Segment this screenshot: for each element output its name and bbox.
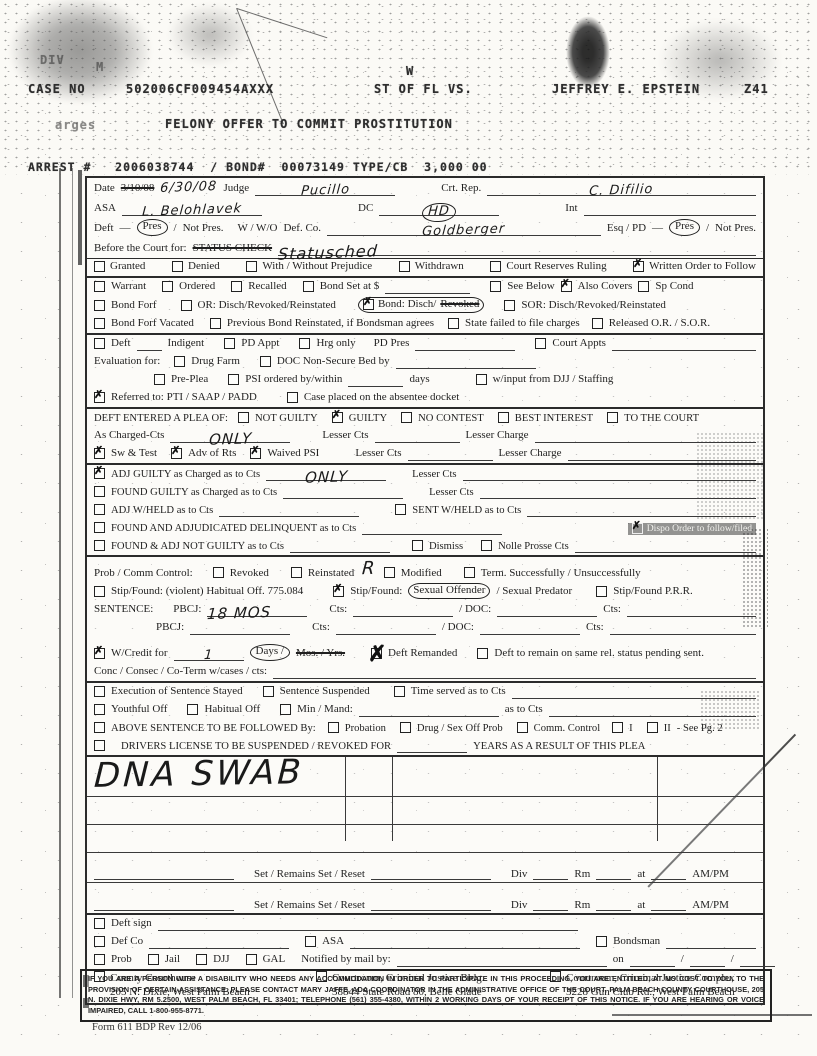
bond-set-line [385,281,470,294]
checkbox-deft-indigent [94,338,105,349]
judge-handwritten: Pucillo [300,182,350,200]
div-label-2: Div [511,899,528,911]
checkbox-with-without-prejudice [246,261,257,272]
lesser-charge-line-2 [568,448,756,461]
checkbox-pd-appt [224,338,235,349]
indigent-line [137,338,162,351]
checkbox-written-order [633,261,644,272]
deft-sign-line [158,918,578,931]
row-referred: Referred to: PTI / SAAP / PADD Case plac… [87,389,763,407]
notes-column-divider-3 [657,757,658,841]
drug-farm-label: Drug Farm [191,355,240,369]
scan-smudge-top-left [0,0,180,125]
best-interest-label: BEST INTEREST [515,412,593,425]
psi-days-line [348,374,403,387]
case-no-label: CASE NO [28,82,86,96]
prev-bond-label: Previous Bond Reinstated, if Bondsman ag… [227,317,434,331]
not-guilty-label: NOT GUILTY [255,412,318,425]
dispo-order-highlight: Dispo Order to follow/filed [628,523,756,535]
checkbox-state-failed [448,318,459,329]
pbcj-handwritten: 18 MOS [207,603,272,624]
set-reset-label-1: Set / Remains Set / Reset [254,868,365,880]
checkbox-adj-wheld [94,504,105,515]
set-reset-left-line-1 [94,867,234,880]
div-label-1: Div [511,868,528,880]
row-found-guilty: FOUND GUILTY as Charged as to Cts Lesser… [87,483,763,501]
checkbox-drivers-license [94,740,105,751]
on-line-3 [740,954,775,967]
waived-psi-label: Waived PSI [267,447,319,461]
as-charged-label: As Charged-Cts [94,429,164,443]
checkbox-granted [94,261,105,272]
row-bond-forf-vacated: Bond Forf Vacated Previous Bond Reinstat… [87,315,763,333]
slash-1: / [174,222,177,236]
roman-two-label: II [664,722,671,735]
scan-smudge-top-right [630,0,810,120]
scan-edge-mark [78,170,82,265]
row-evaluation: Evaluation for: Drug Farm DOC Non-Secure… [87,353,763,371]
checkbox-withdrawn [399,261,410,272]
reinstated-label: Reinstated [308,567,354,581]
crt-rep-label: Crt. Rep. [441,182,481,196]
row-sentence-2: PBCJ: Cts: / DOC: Cts: [87,619,763,637]
prob-control-label: Prob / Comm Control: [94,567,193,581]
rm-label-2: Rm [574,899,590,911]
slash-2: / [706,222,709,236]
recalled-label: Recalled [248,280,286,294]
lesser-cts-line-1 [375,430,460,443]
set-reset-line-2 [371,898,491,911]
delinquent-label: FOUND AND ADJUDICATED DELINQUENT as to C… [111,522,356,535]
checkbox-stip-habitual [94,586,105,597]
lesser-cts-label-2: Lesser Cts [355,447,401,461]
bondsman-label: Bondsman [613,935,660,949]
dispo-order-label: Dispo Order to follow/filed [647,523,752,535]
before-court-line: Statusched [278,243,756,256]
adj-guilty-line: ONLY [266,468,386,481]
court-reserves-label: Court Reserves Ruling [506,260,606,274]
sexual-offender-circled: Sexual Offender [408,583,490,599]
on-line-2 [690,954,725,967]
on-line-1 [630,954,675,967]
youthful-label: Youthful Off [111,703,167,717]
stip-prr-label: Stip/Found P.R.R. [613,585,692,599]
date-struck: 3/10/08 [121,182,155,196]
set-reset-left-line-2 [94,898,234,911]
at-line-1 [651,867,686,880]
as-charged-handwritten: ONLY [208,429,252,449]
header-m-fragment: M [96,60,104,74]
checkbox-adj-guilty [94,468,105,479]
deft-indigent-label: Deft [111,337,131,351]
bondsman-line [666,936,756,949]
lesser-charge-label-2: Lesser Charge [499,447,562,461]
checkbox-ordered [162,281,173,292]
adj-guilty-handwritten: ONLY [304,467,348,487]
asa-sign-label: ASA [322,935,344,949]
doc-bed-label: DOC Non-Secure Bed by [277,355,390,369]
checkbox-absentee [287,392,298,403]
cts-line-1 [353,604,453,617]
before-court-label: Before the Court for: [94,242,187,256]
checkbox-deft-remain [477,648,488,659]
esq-pres-circled: Pres [669,219,700,236]
disposition-form: Date 3/10/08 6/30/08 Judge Pucillo Crt. … [85,176,765,1005]
notes-column-divider-2 [392,757,393,841]
checkbox-term [464,567,475,578]
pbcj-label-2: PBCJ: [156,621,184,635]
doc-bed-line [396,356,536,369]
esq-not-pres: Not Pres. [715,222,756,236]
checkbox-bond-forf-vacated [94,318,105,329]
drivers-years-label: YEARS AS A RESULT OF THIS PLEA [473,740,645,753]
credit-line: 1 [174,648,244,661]
asa-line: L. Belohlavek [122,203,262,216]
def-co-label: Def Co [111,935,143,949]
notified-label: Notified by mail by: [301,953,391,967]
min-mand-line [359,704,499,717]
checkbox-gal-notify [246,954,257,965]
pre-plea-label: Pre-Plea [171,373,208,387]
drivers-label: DRIVERS LICENSE TO BE SUSPENDED / REVOKE… [121,740,391,753]
checkbox-jail-notify [148,954,159,965]
court-appts-label: Court Appts [552,337,605,351]
rm-label-1: Rm [574,868,590,880]
row-ruling: Granted Denied With / Without Prejudice … [87,258,763,276]
scan-edge-line-2 [72,168,73,998]
asa-label: ASA [94,202,116,216]
checkbox-bond-forf [94,300,105,311]
row-adj-guilty: ADJ GUILTY as Charged as to Cts ONLY Les… [87,465,763,483]
scanned-court-form: { "header": { "div_fragment": "DIV", "m_… [0,0,817,1056]
checkbox-bondsman [596,936,607,947]
section-adjudication: ADJ GUILTY as Charged as to Cts ONLY Les… [87,465,763,557]
pd-pres-label: PD Pres [374,337,410,351]
checkbox-sp-cond [638,281,649,292]
checkbox-time-served [394,686,405,697]
set-reset-line-1 [371,867,491,880]
warrant-label: Warrant [111,280,146,294]
checkbox-adv-rts [171,448,182,459]
dc-line: HD [379,203,499,216]
adj-lesser-label-2: Lesser Cts [429,486,473,499]
checkbox-reinstated [291,567,302,578]
state-failed-label: State failed to file charges [465,317,580,331]
adj-guilty-label: ADJ GUILTY as Charged as to Cts [111,468,260,481]
probation-label: Probation [345,722,386,735]
checkbox-djj-notify [196,954,207,965]
bond-disch-circled: Bond: Disch/Revoked [358,297,484,313]
header-div-fragment: DIV [40,53,65,67]
checkbox-dismiss [412,540,423,551]
checkbox-denied [172,261,183,272]
on-slash-2: / [731,953,734,967]
checkbox-court-appts [535,338,546,349]
sp-cond-label: Sp Cond [655,280,693,294]
scan-fold-line-2 [237,8,328,39]
min-mand-label: Min / Mand: [297,703,353,717]
cts-label-2: Cts: [603,603,621,617]
dismiss-label: Dismiss [429,540,463,553]
pd-appt-label: PD Appt [241,337,279,351]
checkbox-habitual [187,704,198,715]
row-deft-sign: Deft sign [87,915,763,933]
pbcj-line-2 [190,622,290,635]
row-adj-wheld: ADJ W/HELD as to Cts SENT W/HELD as to C… [87,501,763,519]
withdrawn-label: Withdrawn [415,260,464,274]
row-bond-disch: Bond Forf OR: Disch/Revoked/Reinstated B… [87,296,763,315]
row-drivers: DRIVERS LICENSE TO BE SUSPENDED / REVOKE… [87,737,763,755]
guilty-label: GUILTY [349,412,387,425]
checkbox-also-covers [561,281,572,292]
found-guilty-line [283,486,403,499]
checkbox-referred [94,392,105,403]
row-warrant: Warrant Ordered Recalled Bond Set at $ S… [87,278,763,296]
row-as-charged: As Charged-Cts ONLY Lesser Cts Lesser Ch… [87,427,763,445]
checkbox-pre-plea [154,374,165,385]
int-line [584,203,756,216]
dc-label: DC [358,202,373,216]
checkbox-comm-control [517,722,528,733]
doc-line-2 [480,622,580,635]
row-asa-dc: ASA L. Belohlavek DC HD Int [87,198,763,218]
lesser-cts-label-1: Lesser Cts [322,429,368,443]
nolle-line [575,540,756,553]
notes-row-1: DNA SWAB [87,757,763,797]
w-credit-label: W/Credit for [111,647,168,661]
at-label-2: at [637,899,645,911]
section-sentence: Prob / Comm Control: Revoked Reinstated … [87,557,763,683]
checkbox-drug-farm [174,356,185,367]
arrest-bond-line: ARREST # 2006038744 / BOND# 00073149 TYP… [28,160,488,174]
before-court-struck: STATUS CHECK [193,242,273,256]
charges-fragment: arges [55,118,96,132]
deft-pres-circled: Pres [137,219,168,236]
cts-label-3: Cts: [312,621,330,635]
checkbox-to-the-court [607,412,618,423]
dash-1: — [120,222,131,236]
checkbox-found-guilty [94,486,105,497]
checkbox-min-mand [280,704,291,715]
checkbox-w-credit [94,648,105,659]
checkbox-roman-two [647,722,658,733]
checkbox-deft-remanded [371,648,382,659]
checkbox-released-or [592,318,603,329]
psi-days-label: days [409,373,429,387]
released-or-label: Released O.R. / S.O.R. [609,317,710,331]
division-code: Z41 [744,82,769,96]
row-followed-by: ABOVE SENTENCE TO BE FOLLOWED By: Probat… [87,719,763,737]
notified-line [397,954,607,967]
checkbox-delinquent [94,522,105,533]
date-label: Date [94,182,115,196]
see-below-label: See Below [507,280,554,294]
sent-wheld-label: SENT W/HELD as to Cts [412,504,521,517]
row-psi: Pre-Plea PSI ordered by/within days w/in… [87,371,763,389]
time-served-label: Time served as to Cts [411,685,506,699]
deft-label: Deft [94,222,114,236]
checkbox-deft-sign [94,918,105,929]
row-found-not-guilty: FOUND & ADJ NOT GUILTY as to Cts Dismiss… [87,537,763,555]
scan-edge-line-1 [59,168,61,998]
row-notified: Prob Jail DJJ GAL Notified by mail by: o… [87,951,763,969]
scan-fold-line [236,8,284,124]
adj-lesser-line-1 [463,468,756,481]
as-to-cts-label: as to Cts [505,703,543,717]
bond-set-label: Bond Set at $ [320,280,380,294]
granted-label: Granted [110,260,145,274]
row-stayed: Execution of Sentence Stayed Sentence Su… [87,683,763,701]
section-notes: DNA SWAB Set / Remains Set / Reset Div R… [87,757,763,915]
sent-wheld-line [527,504,756,517]
stip-sex-label: Stip/Found: [350,585,402,599]
case-style: ST OF FL VS. [374,82,473,96]
found-guilty-label: FOUND GUILTY as Charged as to Cts [111,486,277,499]
comm-control-label: Comm. Control [534,722,601,735]
absentee-label: Case placed on the absentee docket [304,391,459,405]
section-stay-license: Execution of Sentence Stayed Sentence Su… [87,683,763,757]
cts-label-1: Cts: [329,603,347,617]
rm-line-1 [596,867,631,880]
found-not-guilty-label: FOUND & ADJ NOT GUILTY as to Cts [111,540,284,553]
see-pg-label: - See Pg. 2 [677,722,723,735]
conc-label: Conc / Consec / Co-Term w/cases / cts: [94,665,267,679]
row-youthful: Youthful Off Habitual Off Min / Mand: as… [87,701,763,719]
rm-line-2 [596,898,631,911]
checkbox-sent-susp [263,686,274,697]
row-delinquent: FOUND AND ADJUDICATED DELINQUENT as to C… [87,519,763,537]
judge-line: Pucillo [255,183,395,196]
bond-disch-label: Bond: Disch/ [378,298,436,312]
revoked-label: Revoked [230,567,269,581]
row-conc: Conc / Consec / Co-Term w/cases / cts: [87,663,763,681]
bond-forf-vacated-label: Bond Forf Vacated [111,317,194,331]
row-stip-found: Stip/Found: (violent) Habitual Off. 775.… [87,582,763,601]
or-disch-label: OR: Disch/Revoked/Reinstated [198,299,336,313]
adj-wheld-line [219,504,359,517]
checkbox-prob-notify [94,954,105,965]
found-not-guilty-line [290,540,390,553]
conc-line [273,666,756,679]
notes-column-divider-1 [345,757,346,841]
cts-label-4: Cts: [586,621,604,635]
lesser-cts-line-2 [408,448,493,461]
sentence-label: SENTENCE: [94,603,153,617]
checkbox-bond-set [303,281,314,292]
adj-wheld-label: ADJ W/HELD as to Cts [111,504,213,517]
checkbox-stip-prr [596,586,607,597]
checkbox-no-contest [401,412,412,423]
defco-handwritten: Goldberger [422,222,506,241]
checkbox-doc-bed [260,356,271,367]
dash-2: — [652,222,663,236]
at-line-2 [651,898,686,911]
checkbox-probation [328,722,339,733]
checkbox-guilty [332,412,343,423]
doc-label-2: / DOC: [442,621,474,635]
drug-sex-label: Drug / Sex Off Prob [417,722,503,735]
adj-lesser-line-2 [480,486,756,499]
section-bond: Warrant Ordered Recalled Bond Set at $ S… [87,278,763,335]
lesser-charge-label-1: Lesser Charge [466,429,529,443]
checkbox-see-below [490,281,501,292]
checkbox-roman-one [612,722,623,733]
roman-one-label: I [629,722,633,735]
case-number: 502006CF009454AXXX [126,82,274,96]
checkbox-warrant [94,281,105,292]
credit-handwritten: 1 [203,648,213,665]
defco-line: Goldberger [327,223,601,236]
judge-label: Judge [224,182,250,196]
section-appearance: Date 3/10/08 6/30/08 Judge Pucillo Crt. … [87,178,763,278]
modified-label: Modified [401,567,442,581]
row-sw-test: Sw & Test Adv of Rts Waived PSI Lesser C… [87,445,763,463]
djj-input-label: w/input from DJJ / Staffing [493,373,614,387]
defco-label: Def. Co. [283,222,321,236]
time-served-line [512,686,756,699]
form-number-footer: Form 611 BDP Rev 12/06 [92,1022,201,1033]
checkbox-waived-psi [250,448,261,459]
checkbox-sw-test [94,448,105,459]
div-line-1 [533,867,568,880]
on-slash-1: / [681,953,684,967]
deft-not-pres: Not Pres. [183,222,224,236]
checkbox-exec-stayed [94,686,105,697]
checkbox-above-sentence [94,722,105,733]
mos-yrs-struck: Mos. / Yrs. [296,647,345,661]
sexual-predator-label: / Sexual Predator [496,585,572,599]
above-sentence-label: ABOVE SENTENCE TO BE FOLLOWED By: [111,722,316,735]
checkbox-sor-disch [504,300,515,311]
doc-label-1: / DOC: [459,603,491,617]
r-scrawl-handwritten: R [361,557,376,580]
pbcj-line-1: 18 MOS [207,604,307,617]
ampm-label-2: AM/PM [692,899,729,911]
delinquent-line [362,522,502,535]
checkbox-psi [228,374,239,385]
referred-label: Referred to: PTI / SAAP / PADD [111,391,257,405]
checkbox-revoked [213,567,224,578]
court-appts-line [612,338,756,351]
checkbox-recalled [231,281,242,292]
written-order-label: Written Order to Follow [649,260,756,274]
deft-remanded-label: Deft Remanded [388,647,457,661]
lesser-charge-line-1 [535,430,756,443]
checkbox-or-disch [181,300,192,311]
djj-notify-label: DJJ [213,953,230,967]
drivers-years-line [397,740,467,753]
sor-disch-label: SOR: Disch/Revoked/Reinstated [521,299,666,313]
ampm-label-1: AM/PM [692,868,729,880]
row-defco-asa-bondsman: Def Co ASA Bondsman [87,933,763,951]
crt-rep-handwritten: C. Difilio [589,182,654,201]
psi-label: PSI ordered by/within [245,373,342,387]
charge-title: FELONY OFFER TO COMMIT PROSTITUTION [165,117,453,131]
cts-line-3 [336,622,436,635]
hrg-only-label: Hrg only [316,337,355,351]
stip-habitual-label: Stip/Found: (violent) Habitual Off. 775.… [111,585,303,599]
ada-notice: IF YOU ARE A PERSON WITH A DISABILITY WH… [80,969,772,1022]
checkbox-stip-sex-offender [333,586,344,597]
bond-disch-revoked-struck: Revoked [440,298,479,312]
checkbox-court-reserves [490,261,501,272]
evaluation-label: Evaluation for: [94,355,160,369]
esq-pd-label: Esq / PD [607,222,646,236]
date-handwritten: 6/30/08 [160,179,218,197]
denied-label: Denied [188,260,220,274]
exec-stayed-label: Execution of Sentence Stayed [111,685,243,699]
checkbox-drug-sex-prob [400,722,411,733]
